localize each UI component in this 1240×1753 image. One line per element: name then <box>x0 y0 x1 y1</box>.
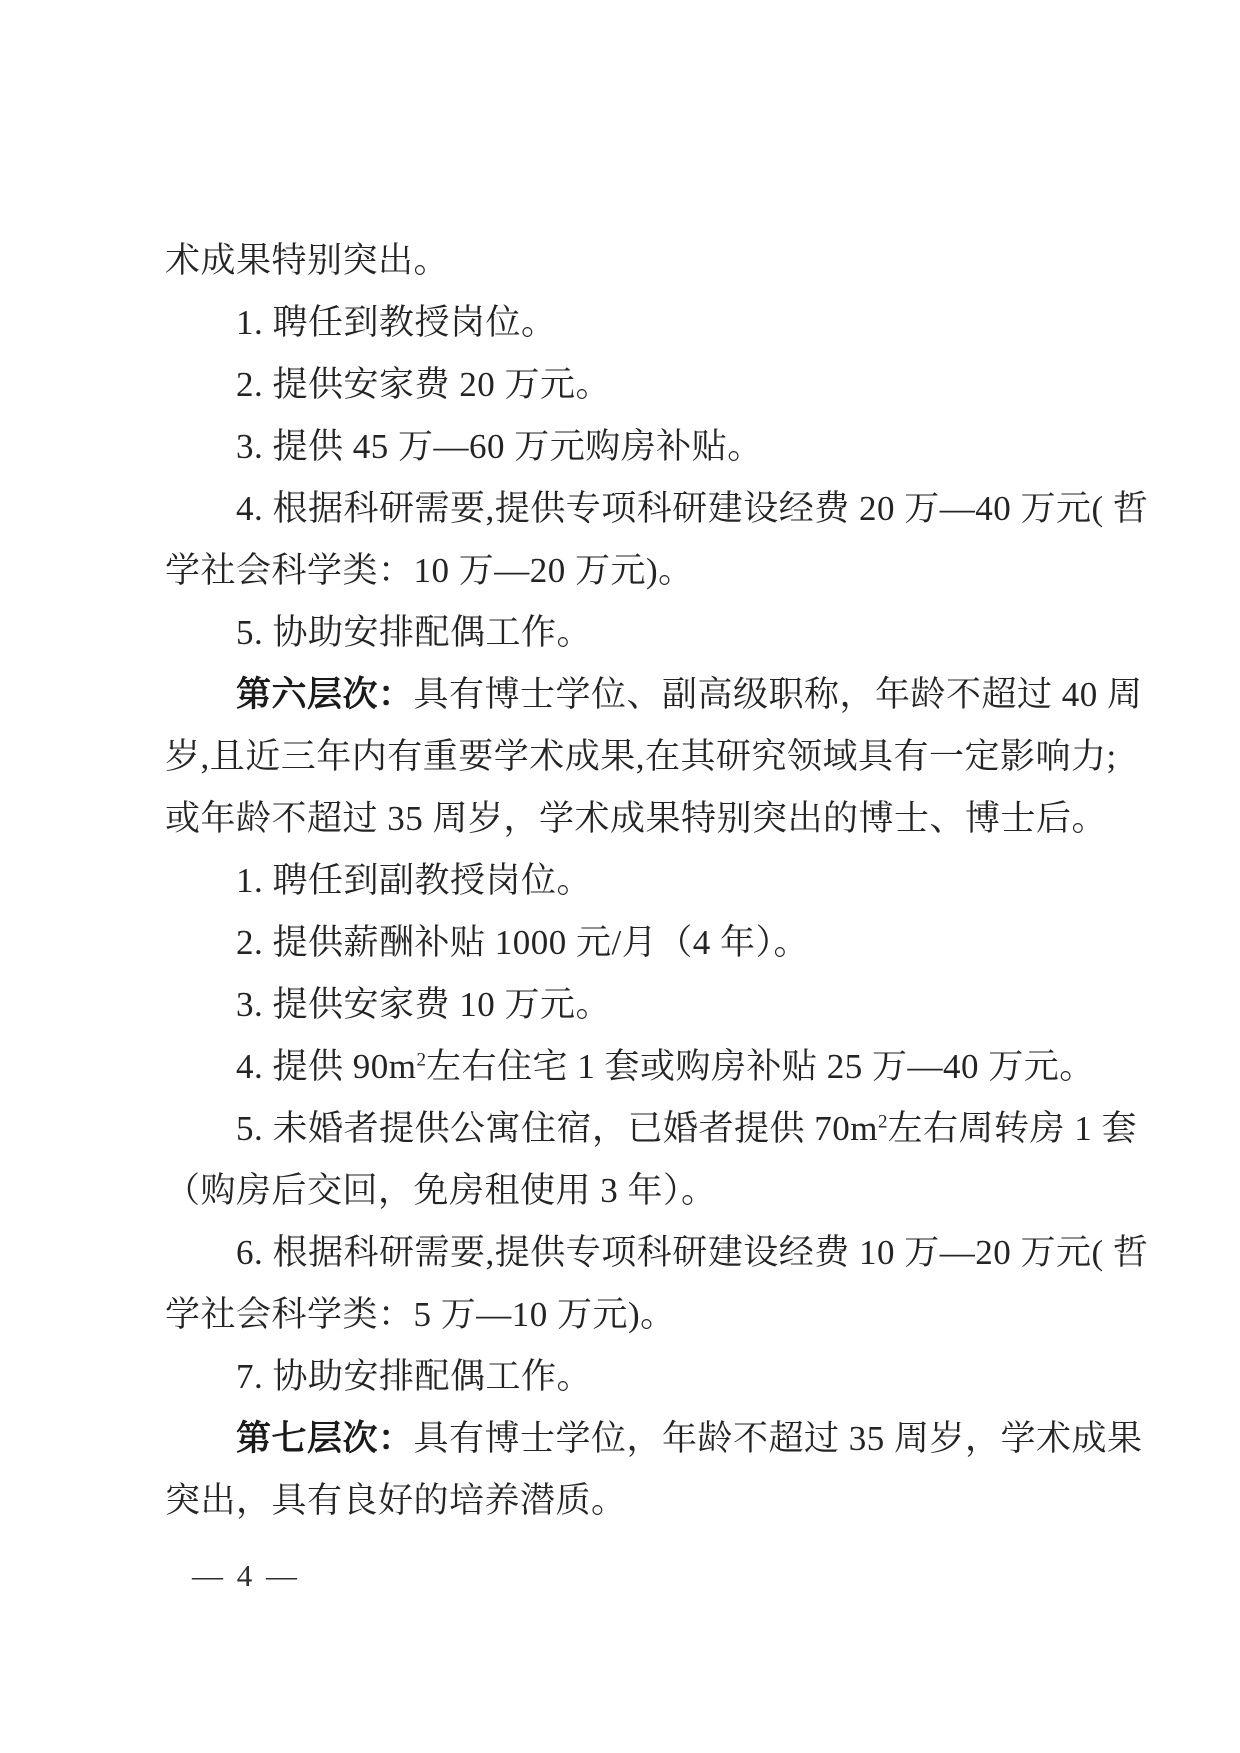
text-run: 具有博士学位、副高级职称，年龄不超过 40 周 <box>414 675 1143 714</box>
text-line: 突出，具有良好的培养潜质。 <box>165 1470 1110 1532</box>
text-line: 或年龄不超过 35 周岁，学术成果特别突出的博士、博士后。 <box>165 788 1110 850</box>
text-run: 5. 未婚者提供公寓住宿，已婚者提供 70m <box>236 1109 878 1148</box>
text-line: 4. 根据科研需要,提供专项科研建设经费 20 万—40 万元( 哲 <box>165 478 1110 540</box>
text-line: 第六层次：具有博士学位、副高级职称，年龄不超过 40 周 <box>165 664 1110 726</box>
text-line: 学社会科学类：5 万—10 万元)。 <box>165 1284 1110 1346</box>
text-line: 岁,且近三年内有重要学术成果,在其研究领域具有一定影响力; <box>165 726 1110 788</box>
text-line: 学社会科学类：10 万—20 万元)。 <box>165 540 1110 602</box>
tier-heading-run: 第七层次： <box>236 1419 414 1458</box>
text-run: 2. 提供薪酬补贴 1000 元/月（4 年）。 <box>236 923 809 962</box>
text-run: 学社会科学类：5 万—10 万元)。 <box>165 1295 676 1334</box>
text-run: 6. 根据科研需要,提供专项科研建设经费 10 万—20 万元( 哲 <box>236 1233 1148 1272</box>
text-line: 5. 未婚者提供公寓住宿，已婚者提供 70m2左右周转房 1 套 <box>165 1098 1110 1160</box>
page-footer: — 4 — <box>192 1556 300 1596</box>
text-run: （购房后交回，免房租使用 3 年）。 <box>165 1171 717 1210</box>
text-run: 1. 聘任到教授岗位。 <box>236 303 557 342</box>
text-line: 7. 协助安排配偶工作。 <box>165 1346 1110 1408</box>
text-run: 左右周转房 1 套 <box>887 1109 1137 1148</box>
text-line: 2. 提供薪酬补贴 1000 元/月（4 年）。 <box>165 912 1110 974</box>
text-line: 第七层次：具有博士学位，年龄不超过 35 周岁，学术成果 <box>165 1408 1110 1470</box>
text-line: 术成果特别突出。 <box>165 230 1110 292</box>
text-line: 5. 协助安排配偶工作。 <box>165 602 1110 664</box>
text-run: 术成果特别突出。 <box>165 241 449 280</box>
superscript-run: 2 <box>416 1049 426 1070</box>
text-line: 3. 提供安家费 10 万元。 <box>165 974 1110 1036</box>
document-page: 术成果特别突出。1. 聘任到教授岗位。2. 提供安家费 20 万元。3. 提供 … <box>0 0 1240 1753</box>
text-run: 左右住宅 1 套或购房补贴 25 万—40 万元。 <box>426 1047 1095 1086</box>
text-run: 4. 提供 90m <box>236 1047 416 1086</box>
text-run: 学社会科学类：10 万—20 万元)。 <box>165 551 694 590</box>
text-line: 2. 提供安家费 20 万元。 <box>165 354 1110 416</box>
text-run: 5. 协助安排配偶工作。 <box>236 613 592 652</box>
text-line: 1. 聘任到教授岗位。 <box>165 292 1110 354</box>
tier-heading-run: 第六层次： <box>236 675 414 714</box>
text-line: 3. 提供 45 万—60 万元购房补贴。 <box>165 416 1110 478</box>
text-run: 4. 根据科研需要,提供专项科研建设经费 20 万—40 万元( 哲 <box>236 489 1148 528</box>
text-line: 1. 聘任到副教授岗位。 <box>165 850 1110 912</box>
document-body: 术成果特别突出。1. 聘任到教授岗位。2. 提供安家费 20 万元。3. 提供 … <box>165 230 1110 1532</box>
text-run: 3. 提供安家费 10 万元。 <box>236 985 611 1024</box>
text-run: 突出，具有良好的培养潜质。 <box>165 1481 627 1520</box>
text-line: 4. 提供 90m2左右住宅 1 套或购房补贴 25 万—40 万元。 <box>165 1036 1110 1098</box>
text-run: 7. 协助安排配偶工作。 <box>236 1357 592 1396</box>
page-number: — 4 — <box>192 1558 300 1593</box>
text-run: 3. 提供 45 万—60 万元购房补贴。 <box>236 427 763 466</box>
text-run: 具有博士学位，年龄不超过 35 周岁，学术成果 <box>414 1419 1143 1458</box>
text-run: 1. 聘任到副教授岗位。 <box>236 861 592 900</box>
text-line: 6. 根据科研需要,提供专项科研建设经费 10 万—20 万元( 哲 <box>165 1222 1110 1284</box>
text-run: 或年龄不超过 35 周岁，学术成果特别突出的博士、博士后。 <box>165 799 1107 838</box>
text-run: 岁,且近三年内有重要学术成果,在其研究领域具有一定影响力; <box>165 737 1117 776</box>
text-run: 2. 提供安家费 20 万元。 <box>236 365 611 404</box>
text-line: （购房后交回，免房租使用 3 年）。 <box>165 1160 1110 1222</box>
